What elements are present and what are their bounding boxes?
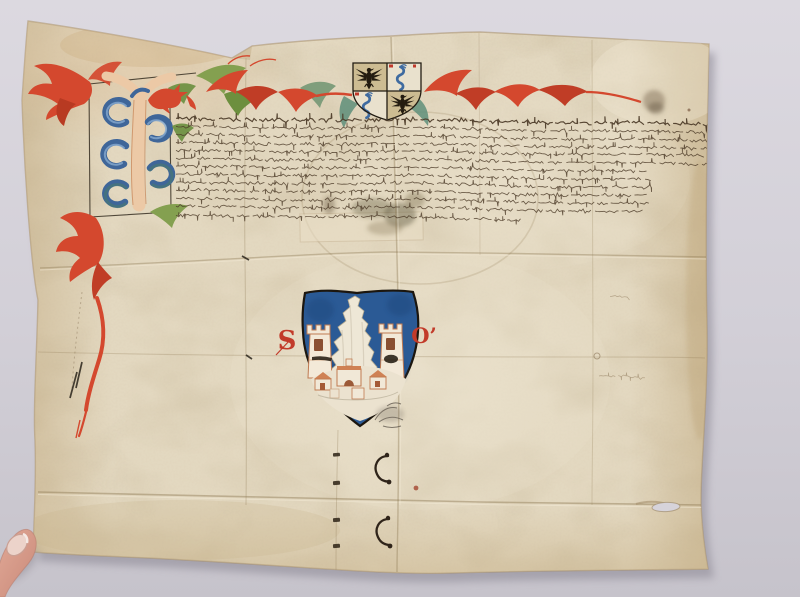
left-tower [307,325,332,378]
letter-right: O’ [411,323,437,348]
red-speck [414,486,419,491]
letter-left: S [278,326,297,356]
photo-of-charter: S O’ [0,0,800,597]
ink-smudge-right [384,355,398,363]
